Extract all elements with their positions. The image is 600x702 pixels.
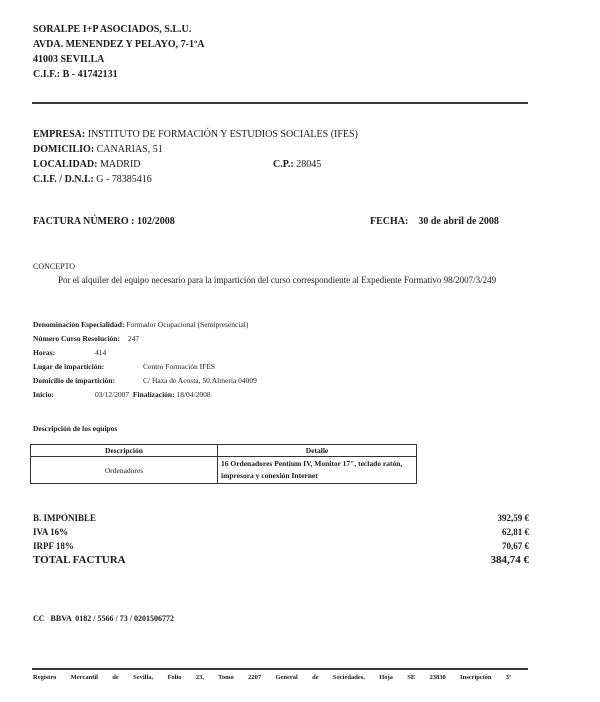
column-header-descripcion: Descripción <box>31 445 218 457</box>
inicio-value: 03/12/2007 <box>95 390 129 399</box>
issuer-cif: C.I.F.: B - 41742131 <box>33 67 204 82</box>
iva-label: IVA 16% <box>33 527 68 537</box>
equipment-heading: Descripción de los equipos <box>33 424 117 433</box>
course-details: Denominación Especialidad: Formador Ocup… <box>33 318 257 402</box>
footer-divider <box>32 668 528 670</box>
bank-account: CC BBVA 0182 / 5566 / 73 / 0201506772 <box>33 614 174 623</box>
domicilio-value: CANARIAS, 51 <box>97 144 163 155</box>
cif-value: G - 78385416 <box>96 174 152 185</box>
client-block: EMPRESA: INSTITUTO DE FORMACIÓN Y ESTUDI… <box>33 127 513 187</box>
table-row: Ordenadores 16 Ordenadores Pentium IV, M… <box>31 457 417 484</box>
lugar-value: Centro Formación IFES <box>143 362 215 371</box>
invoice-date-value: 30 de abril de 2008 <box>418 216 499 227</box>
domicilio-label: DOMICILIO: <box>33 144 94 155</box>
irpf-value: 70,67 € <box>502 539 529 553</box>
empresa-value: INSTITUTO DE FORMACIÓN Y ESTUDIOS SOCIAL… <box>88 129 358 140</box>
equipment-table: Descripción Detalle Ordenadores 16 Orden… <box>30 444 417 484</box>
empresa-label: EMPRESA: <box>33 129 85 140</box>
domicilio-imparticion-value: C/ Haza de Acosta, 50.Almería 04009 <box>143 376 257 385</box>
invoice-number: FACTURA NÚMERO : 102/2008 <box>33 216 175 227</box>
total-label: TOTAL FACTURA <box>33 554 126 566</box>
issuer-address: AVDA. MENENDEZ Y PELAYO, 7-1ºA <box>33 37 204 52</box>
registry-footer: Registro Mercantil de Sevilla, Folio 23,… <box>33 674 511 681</box>
column-header-detalle: Detalle <box>218 445 417 457</box>
numero-curso-label: Número Curso Resolución: <box>33 332 120 346</box>
denominacion-label: Denominación Especialidad: <box>33 318 124 332</box>
localidad-value: MADRID <box>100 159 141 170</box>
invoice-number-value: 102/2008 <box>137 216 175 227</box>
cp-label: C.P.: <box>273 159 294 170</box>
iva-value: 62,81 € <box>502 525 529 539</box>
total-value: 384,74 € <box>491 553 530 567</box>
denominacion-value: Formador Ocupacional (Semipresencial) <box>126 320 248 329</box>
concept-heading: CONCEPTO <box>33 262 75 271</box>
horas-label: Horas: <box>33 346 95 360</box>
invoice-date: FECHA: 30 de abril de 2008 <box>370 216 499 227</box>
irpf-label: IRPF 18% <box>33 541 74 551</box>
base-label: B. IMPONIBLE <box>33 513 96 523</box>
cif-label: C.I.F. / D.N.I.: <box>33 174 94 185</box>
fin-label: Finalización: <box>133 388 175 402</box>
horas-value: 414 <box>95 348 106 357</box>
issuer-city: 41003 SEVILLA <box>33 52 204 67</box>
concept-text: Por el alquiler del equipo necesario par… <box>33 274 525 287</box>
header-divider <box>32 102 528 104</box>
lugar-label: Lugar de impartición: <box>33 360 143 374</box>
domicilio-imparticion-label: Domicilio de impartición: <box>33 374 143 388</box>
cell-descripcion: Ordenadores <box>31 457 218 484</box>
issuer-block: SORALPE I+P ASOCIADOS, S.L.U. AVDA. MENE… <box>33 22 204 82</box>
inicio-label: Inicio: <box>33 388 95 402</box>
fin-value: 18/04/2008 <box>176 390 210 399</box>
cell-detalle: 16 Ordenadores Pentium IV, Monitor 17", … <box>218 457 417 484</box>
numero-curso-value: 247 <box>128 334 139 343</box>
base-value: 392,59 € <box>498 511 530 525</box>
cp-value: 28045 <box>296 159 321 170</box>
totals-block: B. IMPONIBLE392,59 € IVA 16%62,81 € IRPF… <box>33 511 529 567</box>
localidad-label: LOCALIDAD: <box>33 159 97 170</box>
issuer-name: SORALPE I+P ASOCIADOS, S.L.U. <box>33 22 204 37</box>
